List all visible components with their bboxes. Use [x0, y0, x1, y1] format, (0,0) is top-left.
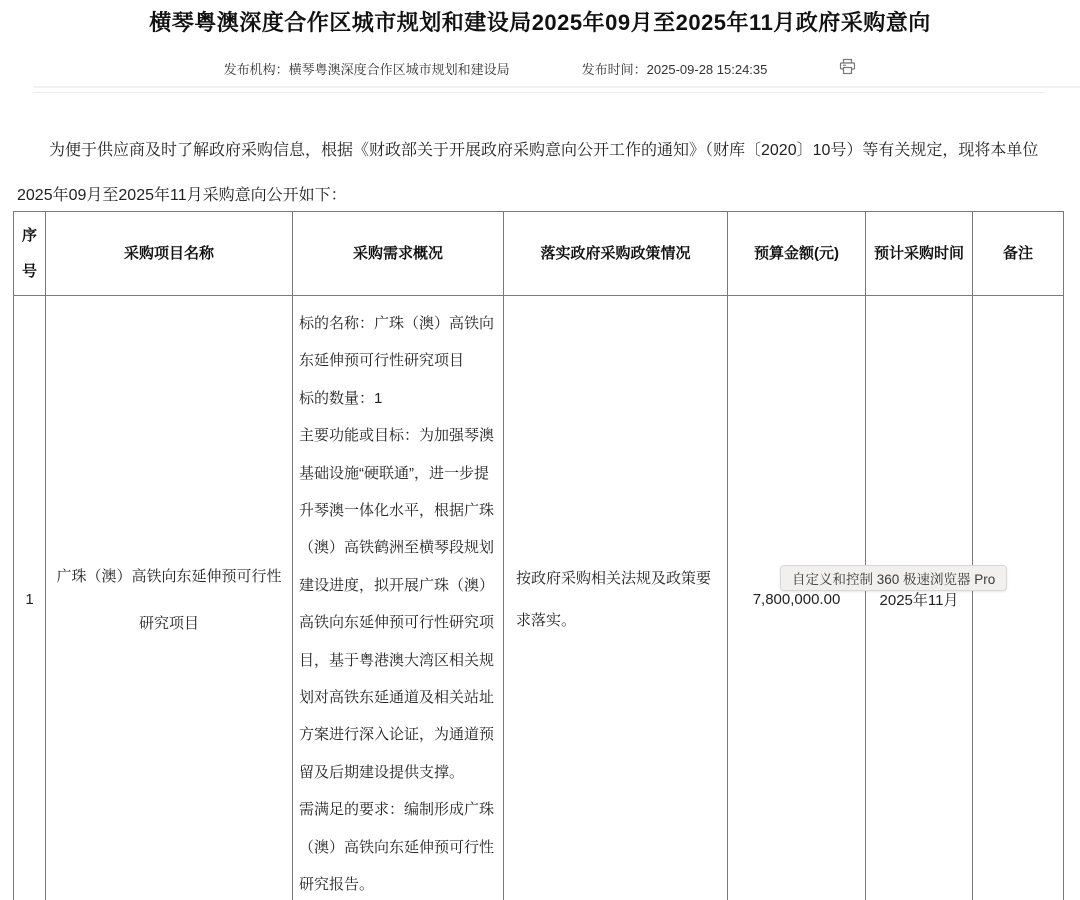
printer-icon — [839, 58, 856, 78]
divider-bottom — [33, 92, 1045, 93]
publisher-label: 发布机构： — [224, 62, 289, 77]
publish-time-meta: 发布时间：2025-09-28 15:24:35 — [582, 59, 768, 78]
header-purchase-time: 预计采购时间 — [866, 212, 973, 296]
meta-row: 发布机构：横琴粤澳深度合作区城市规划和建设局 发布时间：2025-09-28 1… — [0, 58, 1080, 78]
procurement-table: 序 号 采购项目名称 采购需求概况 落实政府采购政策情况 预算金额(元) 预计采… — [13, 211, 1064, 900]
header-budget: 预算金额(元) — [728, 212, 866, 296]
cell-budget: 7,800,000.00 — [728, 296, 866, 900]
publish-time-label: 发布时间： — [582, 62, 647, 77]
header-remark: 备注 — [973, 212, 1064, 296]
header-project-name: 采购项目名称 — [46, 212, 293, 296]
browser-tooltip: 自定义和控制 360 极速浏览器 Pro — [780, 565, 1007, 591]
table-header-row: 序 号 采购项目名称 采购需求概况 落实政府采购政策情况 预算金额(元) 预计采… — [14, 212, 1064, 296]
print-button[interactable] — [839, 58, 856, 78]
cell-seq: 1 — [14, 296, 46, 900]
publish-time-value: 2025-09-28 15:24:35 — [647, 62, 768, 77]
cell-project-name: 广珠（澳）高铁向东延伸预可行性 研究项目 — [46, 296, 293, 900]
divider-top — [34, 86, 1080, 88]
header-requirement: 采购需求概况 — [293, 212, 504, 296]
intro-paragraph: 为便于供应商及时了解政府采购信息，根据《财政部关于开展政府采购意向公开工作的通知… — [17, 128, 1063, 218]
cell-remark — [973, 296, 1064, 900]
publisher-value: 横琴粤澳深度合作区城市规划和建设局 — [289, 62, 510, 77]
cell-requirement: 标的名称：广珠（澳）高铁向 东延伸预可行性研究项目 标的数量：1 主要功能或目标… — [293, 296, 504, 900]
table-row: 1 广珠（澳）高铁向东延伸预可行性 研究项目 标的名称：广珠（澳）高铁向 东延伸… — [14, 296, 1064, 900]
procurement-intent-page: 横琴粤澳深度合作区城市规划和建设局2025年09月至2025年11月政府采购意向… — [0, 0, 1080, 900]
header-policy: 落实政府采购政策情况 — [504, 212, 728, 296]
cell-policy: 按政府采购相关法规及政策要 求落实。 — [504, 296, 728, 900]
page-title: 横琴粤澳深度合作区城市规划和建设局2025年09月至2025年11月政府采购意向 — [0, 6, 1080, 37]
publisher-meta: 发布机构：横琴粤澳深度合作区城市规划和建设局 — [224, 59, 510, 78]
header-seq: 序 号 — [14, 212, 46, 296]
cell-purchase-time: 2025年11月 — [866, 296, 973, 900]
